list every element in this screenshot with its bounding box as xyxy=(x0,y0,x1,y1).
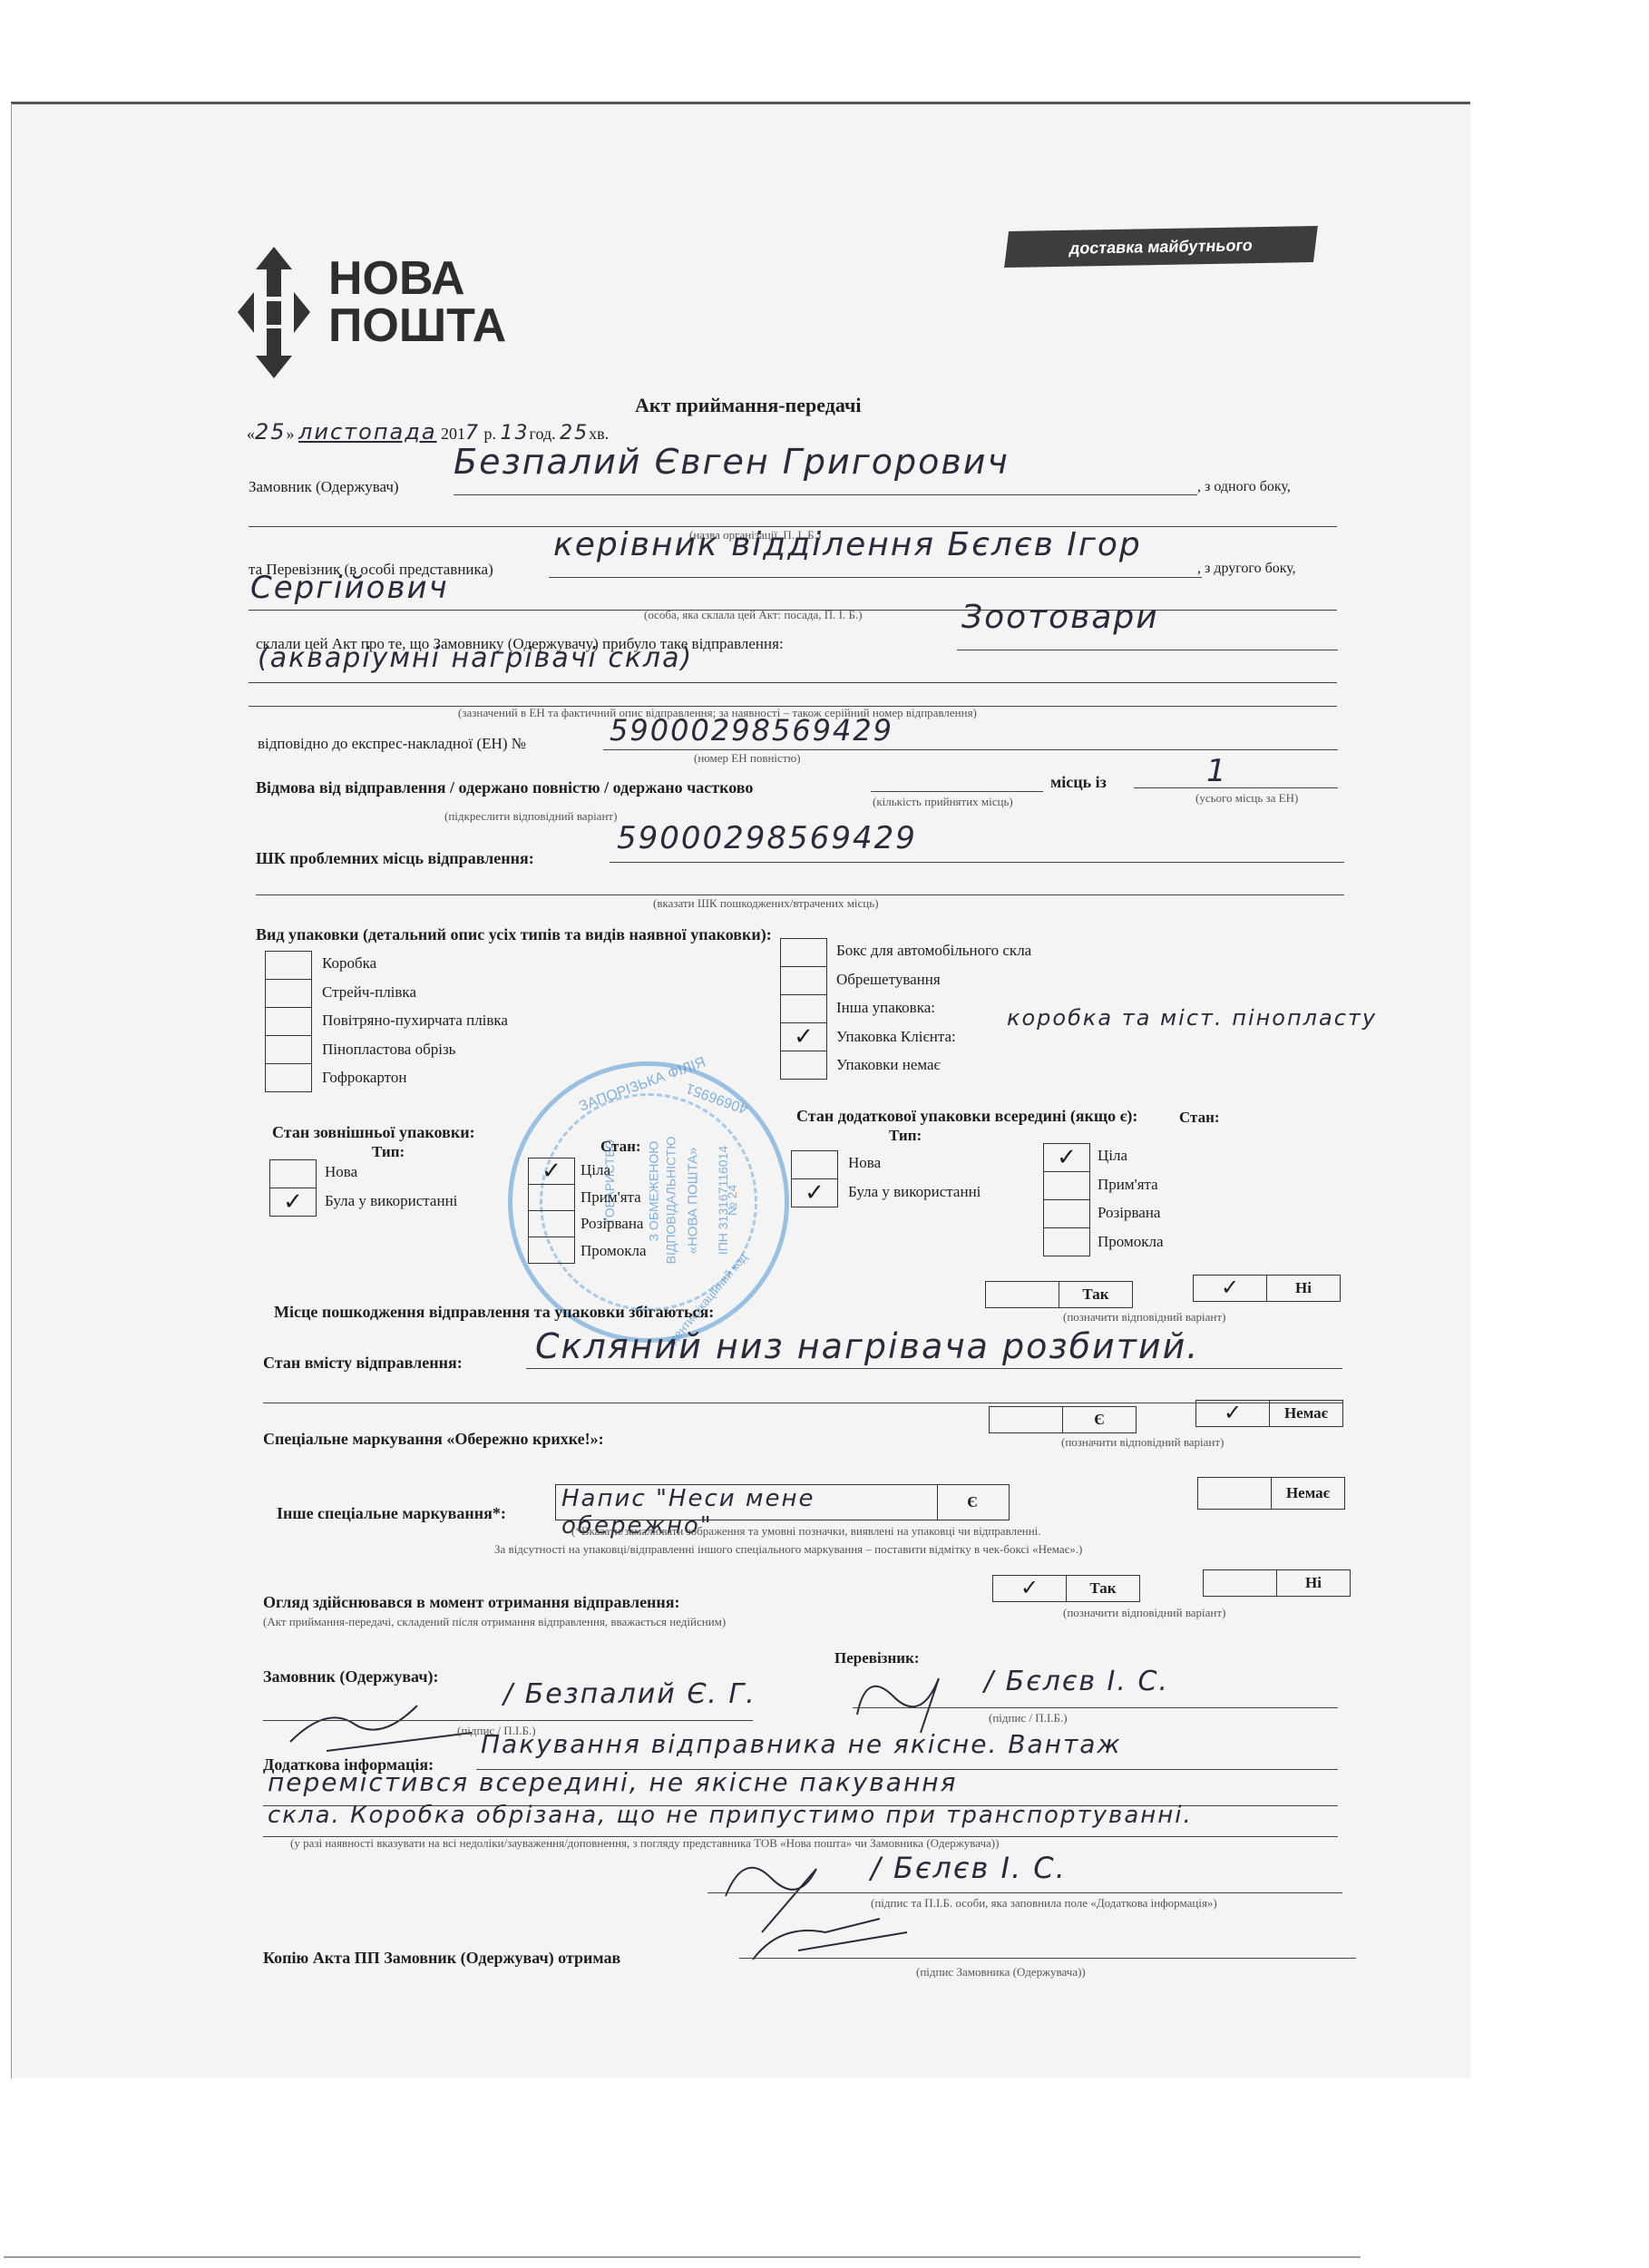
customer-signature xyxy=(272,1669,499,1760)
carrier-value-line1[interactable]: керівник відділення Бєлєв Ігор xyxy=(553,526,1142,563)
shipment-value-line1[interactable]: Зоотовари xyxy=(961,599,1159,636)
additional-signer-hint: (підпис та П.І.Б. особи, яка заповнила п… xyxy=(871,1896,1217,1911)
customer-value[interactable]: Безпалий Євген Григорович xyxy=(454,442,1010,482)
fragile-yes-box[interactable] xyxy=(990,1407,1063,1432)
packaging-left-option-checkbox[interactable] xyxy=(266,1036,311,1064)
inner-state-option-checkbox[interactable] xyxy=(1044,1200,1089,1228)
date-month[interactable]: листопада xyxy=(298,419,437,445)
copy-hint: (підпис Замовника (Одержувача)) xyxy=(916,1965,1086,1980)
inner-state-option-label: Ціла xyxy=(1098,1147,1127,1165)
inspection-hint: (позначити відповідний варіант) xyxy=(1063,1606,1225,1620)
outer-type-option-label: Нова xyxy=(325,1163,357,1181)
logo-line-1: НОВА xyxy=(328,256,465,301)
inner-type-label: Тип: xyxy=(889,1127,922,1145)
packaging-right-option-label: Упаковка Клієнта: xyxy=(836,1028,956,1046)
outer-type-label: Тип: xyxy=(372,1143,405,1161)
other-marking-note-2: За відсутності на упаковці/відправленні … xyxy=(494,1542,1082,1557)
packaging-left-option-label: Повітряно-пухирчата плівка xyxy=(322,1012,508,1030)
inner-state-option-checkbox[interactable] xyxy=(1044,1172,1089,1200)
outer-type-option-checkbox[interactable]: ✓ xyxy=(270,1188,316,1216)
receipt-accepted-hint: (кількість прийнятих місць) xyxy=(873,795,1013,809)
fragile-label: Спеціальне маркування «Обережно крихке!»… xyxy=(263,1430,604,1449)
damage-match-hint: (позначити відповідний варіант) xyxy=(1063,1310,1225,1325)
other-marking-yes-label[interactable]: Є xyxy=(936,1484,1010,1520)
copy-label: Копію Акта ПП Замовник (Одержувач) отрим… xyxy=(263,1949,620,1968)
date-hour-label: год. xyxy=(530,425,556,443)
packaging-left-option-label: Пінопластова обрізь xyxy=(322,1041,455,1059)
stamp-center-4: «НОВА ПОШТА» xyxy=(685,1148,700,1255)
packaging-left-option-checkbox[interactable] xyxy=(266,980,311,1008)
packaging-right-option-checkbox[interactable] xyxy=(781,967,826,995)
inner-state-option-label: Прим'ята xyxy=(1098,1176,1158,1194)
date-minute-label: хв. xyxy=(589,425,609,443)
damage-match-yes[interactable]: Так xyxy=(985,1281,1133,1308)
receipt-of-label: місць із xyxy=(1050,773,1107,792)
inspection-yes[interactable]: ✓ Так xyxy=(992,1575,1140,1602)
outer-state-option-checkbox[interactable] xyxy=(529,1185,574,1211)
receipt-label: Відмова від відправлення / одержано повн… xyxy=(256,778,753,797)
stamp-center-2: З ОБМЕЖЕНОЮ xyxy=(646,1141,660,1242)
carrier-signature xyxy=(848,1651,984,1742)
page-edge xyxy=(4,2256,1361,2258)
outer-state-option-label: Прим'ята xyxy=(581,1188,641,1207)
inner-type-option-label: Була у використанні xyxy=(848,1183,981,1201)
additional-line-3[interactable]: скла. Коробка обрізана, що не припустимо… xyxy=(268,1802,1193,1829)
fragile-no-box[interactable]: ✓ xyxy=(1196,1401,1270,1426)
waybill-hint: (номер ЕН повністю) xyxy=(694,751,801,766)
contents-value[interactable]: Скляний низ нагрівача розбитий. xyxy=(535,1326,1199,1366)
packaging-right-checkboxes: ✓ xyxy=(780,938,827,1080)
other-marking-field[interactable]: Напис "Неси мене обережно" xyxy=(555,1484,938,1520)
packaging-right-option-checkbox[interactable] xyxy=(781,939,826,967)
outer-type-option-label: Була у використанні xyxy=(325,1192,457,1210)
waybill-value[interactable]: 59000298569429 xyxy=(610,713,893,748)
additional-signer-name[interactable]: / Бєлєв І. С. xyxy=(871,1851,1067,1885)
receipt-hint: (підкреслити відповідний варіант) xyxy=(444,809,617,824)
sig-carrier-hint: (підпис / П.І.Б.) xyxy=(989,1711,1068,1725)
inner-type-option-label: Нова xyxy=(848,1154,881,1172)
contents-label: Стан вмісту відправлення: xyxy=(263,1354,463,1373)
outer-state-label: Стан: xyxy=(600,1138,641,1156)
inner-type-option-checkbox[interactable] xyxy=(792,1151,837,1179)
date-year-prefix: 201 xyxy=(441,425,465,443)
fragile-yes[interactable]: Є xyxy=(989,1406,1137,1433)
inner-state-option-label: Промокла xyxy=(1098,1233,1164,1251)
waybill-label: відповідно до експрес-накладної (ЕН) № xyxy=(258,735,526,753)
additional-hint: (у разі наявності вказувати на всі недол… xyxy=(290,1836,999,1851)
packaging-left-option-label: Гофрокартон xyxy=(322,1069,406,1087)
packaging-left-option-label: Стрейч-плівка xyxy=(322,983,416,1002)
nova-poshta-arrows-icon xyxy=(238,247,310,378)
barcode-value[interactable]: 59000298569429 xyxy=(617,820,917,856)
outer-type-option-checkbox[interactable] xyxy=(270,1160,316,1188)
packaging-right-option-checkbox[interactable] xyxy=(781,1051,826,1079)
damage-match-no[interactable]: ✓ Ні xyxy=(1193,1275,1341,1302)
inspection-yes-box[interactable]: ✓ xyxy=(993,1576,1067,1601)
outer-state-option-checkbox[interactable] xyxy=(529,1211,574,1237)
document-title: Акт приймання-передачі xyxy=(635,394,861,417)
carrier-suffix: , з другого боку, xyxy=(1197,561,1296,577)
date-day[interactable]: 25 xyxy=(255,419,287,445)
packaging-right-option-checkbox[interactable] xyxy=(781,995,826,1023)
packaging-left-option-checkbox[interactable] xyxy=(266,952,311,980)
packaging-right-option-label: Бокс для автомобільного скла xyxy=(836,942,1031,960)
client-packaging-value[interactable]: коробка та міст. пінопласту xyxy=(1007,1005,1377,1031)
outer-state-option-label: Ціла xyxy=(581,1161,610,1179)
damage-match-yes-box[interactable] xyxy=(986,1282,1059,1307)
fragile-hint: (позначити відповідний варіант) xyxy=(1061,1435,1224,1450)
carrier-value-line2[interactable]: Сергійович xyxy=(250,570,449,606)
outer-state-option-checkbox[interactable]: ✓ xyxy=(529,1158,574,1185)
inner-type-option-checkbox[interactable]: ✓ xyxy=(792,1179,837,1207)
other-marking-label: Інше спеціальне маркування*: xyxy=(277,1504,506,1523)
outer-state-checkboxes: ✓ xyxy=(528,1158,575,1264)
packaging-right-option-label: Інша упаковка: xyxy=(836,999,935,1017)
inner-state-label: Стан: xyxy=(1179,1109,1220,1127)
sig-customer-name[interactable]: / Безпалий Є. Г. xyxy=(503,1678,756,1710)
receipt-total-value[interactable]: 1 xyxy=(1206,753,1228,789)
fragile-no[interactable]: ✓ Немає xyxy=(1195,1400,1343,1427)
customer-suffix: , з одного боку, xyxy=(1197,479,1291,495)
inspection-label: Огляд здійснювався в момент отримання ві… xyxy=(263,1593,680,1612)
packaging-right-option-label: Обрешетування xyxy=(836,971,941,989)
outer-label: Стан зовнішньої упаковки: xyxy=(272,1123,475,1142)
other-marking-note-1: (*Вказати/замалювати зображення та умовн… xyxy=(571,1524,1041,1539)
sig-carrier-name[interactable]: / Бєлєв І. С. xyxy=(984,1666,1169,1697)
customer-label: Замовник (Одержувач) xyxy=(249,478,399,496)
barcode-hint: (вказати ШК пошкоджених/втрачених місць) xyxy=(653,896,879,911)
inner-state-checkboxes: ✓ xyxy=(1043,1143,1090,1256)
other-marking-no-box[interactable] xyxy=(1198,1478,1272,1509)
barcode-label: ШК проблемних місць відправлення: xyxy=(256,849,534,868)
packaging-left-option-label: Коробка xyxy=(322,954,376,973)
outer-state-option-label: Промокла xyxy=(581,1242,647,1260)
copy-signature xyxy=(744,1914,925,1969)
damage-match-no-box[interactable]: ✓ xyxy=(1194,1276,1267,1301)
date-year-suffix: р. xyxy=(484,425,497,443)
inner-label: Стан додаткової упаковки всередині (якщо… xyxy=(796,1107,1137,1126)
stamp-center-3: ВІДПОВІДАЛЬНІСТЮ xyxy=(663,1137,678,1265)
packaging-left-checkboxes xyxy=(265,951,312,1092)
inner-state-option-checkbox[interactable]: ✓ xyxy=(1044,1144,1089,1172)
inner-type-checkboxes: ✓ xyxy=(791,1150,838,1207)
packaging-left-option-checkbox[interactable] xyxy=(266,1064,311,1091)
outer-state-option-label: Розірвана xyxy=(581,1215,643,1233)
carrier-hint: (особа, яка склала цей Акт: посада, П. І… xyxy=(644,608,863,622)
stamp-center-6: № 24 xyxy=(725,1185,739,1216)
packaging-right-option-label: Упаковки немає xyxy=(836,1056,941,1074)
packaging-right-option-checkbox[interactable]: ✓ xyxy=(781,1023,826,1051)
other-marking-no[interactable]: Немає xyxy=(1197,1477,1345,1510)
damage-match-label: Місце пошкодження відправлення та упаков… xyxy=(274,1303,714,1322)
packaging-label: Вид упаковки (детальний опис усіх типів … xyxy=(256,925,772,944)
inspection-no-box[interactable] xyxy=(1204,1570,1277,1596)
additional-line-2[interactable]: перемістився всередині, не якісне пакува… xyxy=(268,1767,957,1797)
outer-state-option-checkbox[interactable] xyxy=(529,1237,574,1263)
additional-line-1[interactable]: Пакування відправника не якісне. Вантаж xyxy=(481,1729,1122,1759)
logo-line-2: ПОШТА xyxy=(328,303,506,348)
inner-state-option-checkbox[interactable] xyxy=(1044,1228,1089,1256)
packaging-left-option-checkbox[interactable] xyxy=(266,1008,311,1036)
inner-state-option-label: Розірвана xyxy=(1098,1204,1160,1222)
shipment-value-line2[interactable]: (акваріумні нагрівачі скла) xyxy=(258,642,693,674)
inspection-no[interactable]: Ні xyxy=(1203,1569,1351,1597)
slogan-banner: доставка майбутнього xyxy=(1004,226,1318,268)
outer-type-checkboxes: ✓ xyxy=(269,1159,317,1217)
inspection-note: (Акт приймання-передачі, складений після… xyxy=(263,1615,726,1629)
date-line: «25» листопада 2017 р. 13год. 25хв. xyxy=(247,419,609,445)
receipt-total-hint: (усього місць за ЕН) xyxy=(1195,791,1298,806)
